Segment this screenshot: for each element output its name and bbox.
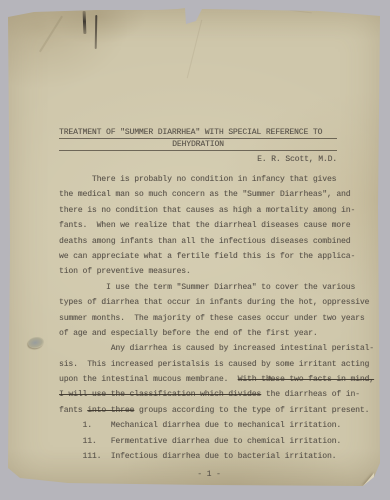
typed-text: the diarrheas of in- [261,390,360,399]
handwritten-insert-mark: ^ [267,372,272,392]
list-item: 11. Fermentative diarrhea due to chemica… [59,434,381,449]
typed-content: TREATMENT OF "SUMMER DIARRHEA" WITH SPEC… [59,127,381,483]
binding-mark [83,11,87,34]
typed-line: we can appreciate what a fertile field t… [59,249,381,264]
typed-text: the medical man so much concern as the "… [59,190,350,199]
list-item: 1. Mechanical diarrhea due to mechanical… [59,418,381,433]
scan-background: TREATMENT OF "SUMMER DIARRHEA" WITH SPEC… [0,0,390,500]
typed-line: summer months. The majority of these cas… [59,311,381,326]
title-line-1: TREATMENT OF "SUMMER DIARRHEA" WITH SPEC… [59,127,337,139]
body-lines: There is probably no condition in infanc… [59,172,381,418]
typed-text: fants [59,406,87,415]
document-page: TREATMENT OF "SUMMER DIARRHEA" WITH SPEC… [8,7,380,487]
typed-text: tion of preventive measures. [59,267,191,276]
typed-text: There is probably no condition in infanc… [59,175,336,184]
classification-list: 1. Mechanical diarrhea due to mechanical… [59,418,381,464]
typed-line: deaths among infants than all the infect… [59,234,381,249]
struck-text: With these two facts in mind, [238,375,374,384]
author-byline: E. R. Scott, M.D. [59,153,337,166]
typed-text: fants. When we realize that the diarrhea… [59,221,350,230]
typed-line: the medical man so much concern as the "… [59,187,381,202]
typed-line: I use the term "Summer Diarrhea" to cove… [59,280,381,295]
typed-text: there is no condition that causes as hig… [59,206,355,215]
struck-text: I will use the classification which divi… [59,390,261,399]
typed-text: upon the intestinal mucous membrane. [59,375,238,384]
paper-crease [39,16,63,53]
typed-text: Any diarrhea is caused by increased inte… [59,344,374,353]
typed-line: upon the intestinal mucous membrane. Wit… [59,372,381,387]
binding-mark [95,15,98,49]
struck-text: into three [87,406,134,415]
paper-hole-smudge [27,335,45,349]
typed-line: of age and especially before the end of … [59,326,381,341]
typed-text: summer months. The majority of these cas… [59,314,365,323]
typed-line: fants. When we realize that the diarrhea… [59,218,381,233]
document-title: TREATMENT OF "SUMMER DIARRHEA" WITH SPEC… [59,127,337,151]
typed-text: deaths among infants than all the infect… [59,237,350,246]
typed-line: Any diarrhea is caused by increased inte… [59,341,381,356]
typed-line: sis. This increased peristalsis is cause… [59,357,381,372]
typed-line: tion of preventive measures. [59,264,381,279]
typed-text: I use the term "Summer Diarrhea" to cove… [59,283,355,292]
typed-text: we can appreciate what a fertile field t… [59,252,355,261]
typed-line: types of diarrhea that occur in infants … [59,295,381,310]
typed-line: There is probably no condition in infanc… [59,172,381,187]
typed-text: of age and especially before the end of … [59,329,318,338]
page-number: - 1 - [59,467,359,482]
list-item: 111. Infectious diarrhea due to bacteria… [59,449,381,464]
typed-line: I will use the classification which divi… [59,387,381,402]
typed-text: groups according to the type of irritant… [134,406,369,415]
typed-line: there is no condition that causes as hig… [59,203,381,218]
typed-text: sis. This increased peristalsis is cause… [59,360,369,369]
typed-text: types of diarrhea that occur in infants … [59,298,369,307]
paper-crease [187,20,202,78]
paper-crease [256,6,312,14]
title-line-2: DEHYDRATION [59,139,337,151]
typed-line: fants into three groups according to the… [59,403,381,418]
